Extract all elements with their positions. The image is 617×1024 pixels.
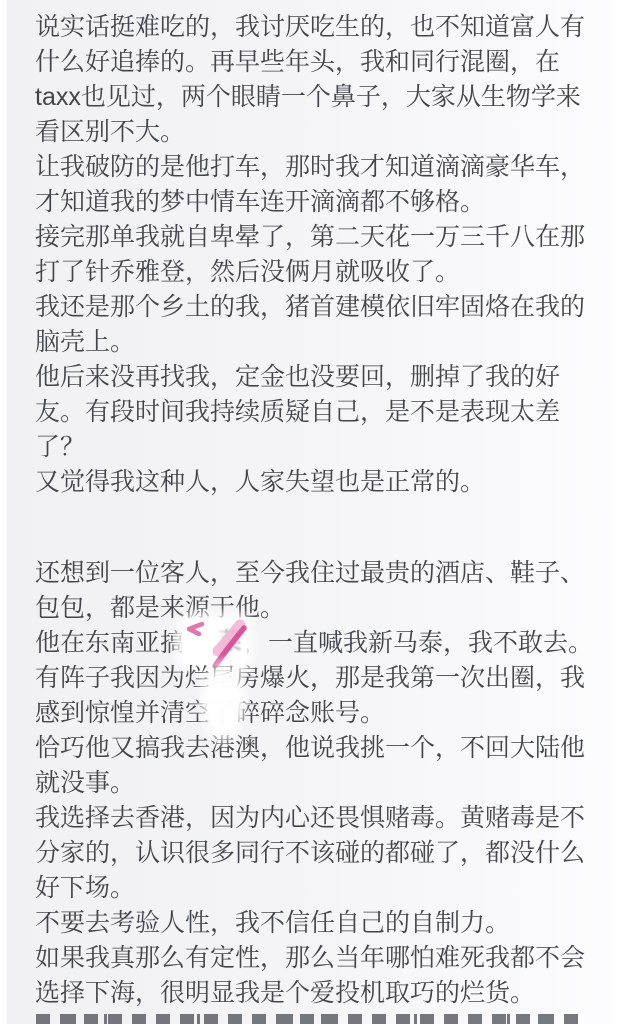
paragraph: 恰巧他又搞我去港澳，他说我挑一个，不回大陆他就没事。: [35, 731, 597, 801]
paragraph: 我还是那个乡土的我，猪首建模依旧牢固烙在我的脑壳上。: [35, 290, 597, 360]
paragraph: 他在东南亚搞菜，一直喊我新马泰，我不敢去。: [35, 626, 597, 661]
paragraph: 还想到一位客人，至今我住过最贵的酒店、鞋子、包包，都是来源于他。: [35, 556, 597, 626]
paragraph: 我选择去香港，因为内心还畏惧赌毒。黄赌毒是不分家的，认识很多同行不该碰的都碰了，…: [35, 801, 597, 906]
paragraph: 让我破防的是他打车，那时我才知道滴滴豪华车，才知道我的梦中情车连开滴滴都不够格。: [35, 150, 597, 220]
left-edge-strip: [0, 0, 7, 1024]
paragraph: 说实话挺难吃的，我讨厌吃生的，也不知道富人有什么好追捧的。再早些年头，我和同行混…: [35, 10, 597, 150]
paragraph-gap: [35, 500, 597, 556]
paragraph: 接完那单我就自卑晕了，第二天花一万三千八在那打了针乔雅登，然后没俩月就吸收了。: [35, 220, 597, 290]
paragraph: 有阵子我因为烂尾房爆火，那是我第一次出圈，我感到惊惶并清空了碎碎念账号。: [35, 661, 597, 731]
paragraph: 他后来没再找我，定金也没要回，删掉了我的好友。有段时间我持续质疑自己，是不是表现…: [35, 360, 597, 465]
right-edge-strip: [613, 0, 617, 1024]
post-body-text: 说实话挺难吃的，我讨厌吃生的，也不知道富人有什么好追捧的。再早些年头，我和同行混…: [35, 10, 597, 1011]
paragraph: 如果我真那么有定性，那么当年哪怕难死我都不会选择下海，很明显我是个爱投机取巧的烂…: [35, 941, 597, 1011]
scribble-censored-patch: 菜: [185, 626, 243, 656]
paragraph: 又觉得我这种人，人家失望也是正常的。: [35, 465, 597, 500]
paragraph: 不要去考验人性，我不信任自己的自制力。: [35, 906, 597, 941]
text-screenshot-page: 说实话挺难吃的，我讨厌吃生的，也不知道富人有什么好追捧的。再早些年头，我和同行混…: [0, 0, 617, 1024]
blur-censored-text: 烂尾: [185, 664, 235, 692]
cutoff-next-line: [36, 1014, 582, 1024]
